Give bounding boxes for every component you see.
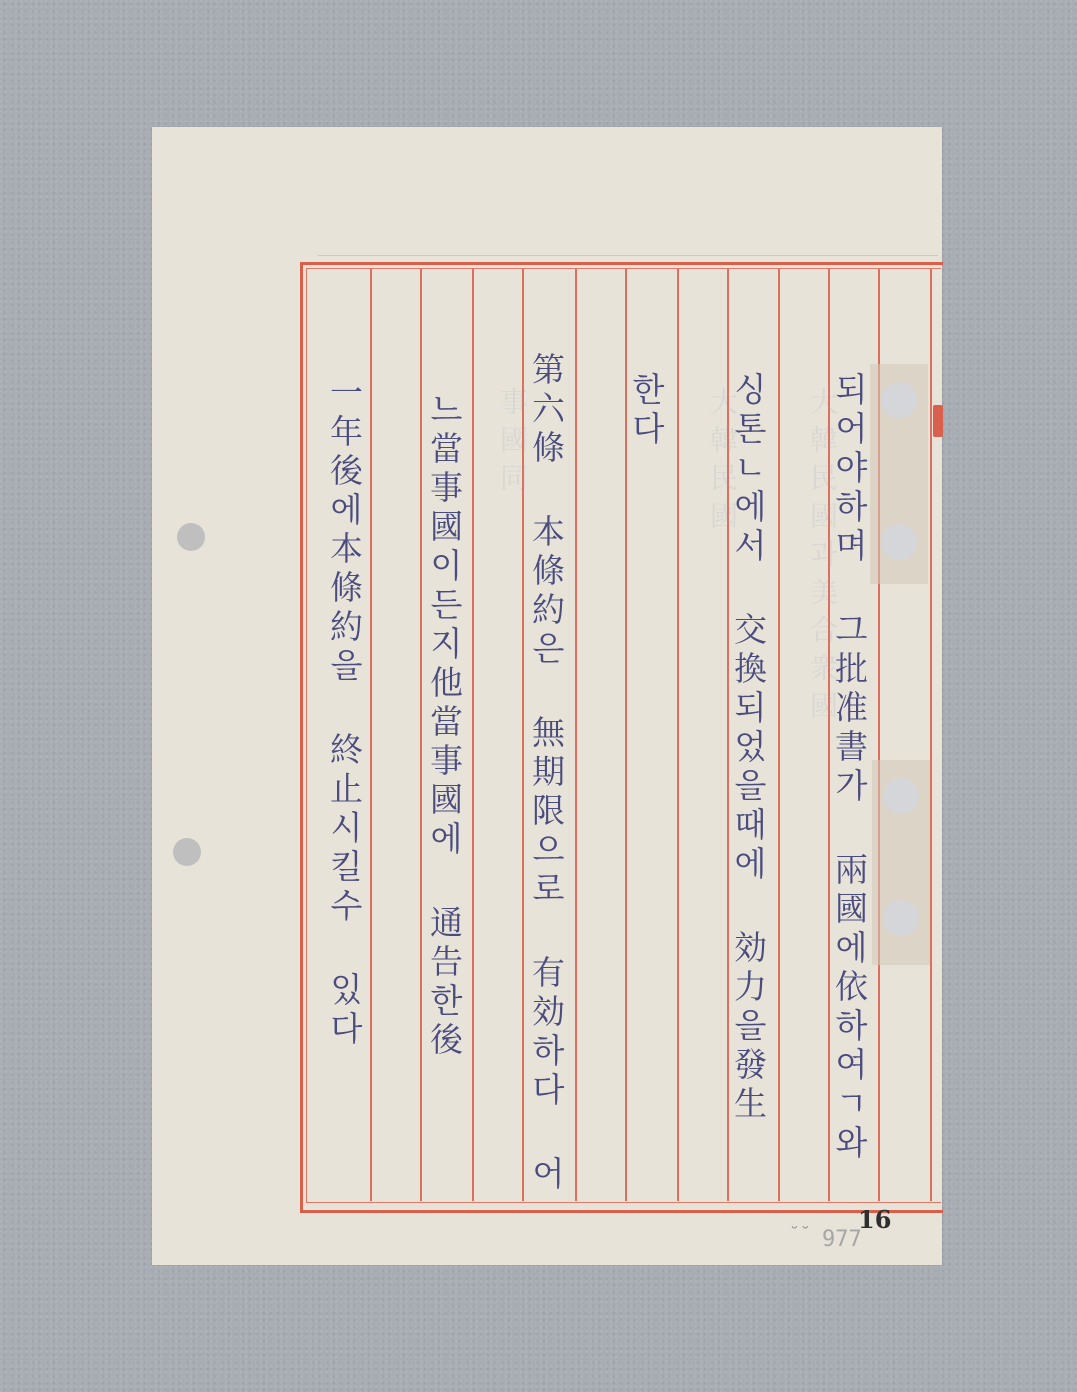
punch-hole-bottom [173,838,201,866]
ruling-line [930,269,932,1201]
ruling-line [420,269,422,1201]
ruling-line [778,269,780,1201]
ruling-line [677,269,679,1201]
ruling-line [370,269,372,1201]
red-index-tab [933,405,943,437]
tape-patch-middle [872,760,930,965]
ruling-line [472,269,474,1201]
text-column-2: 싱톤ㄴ에서 交換되었을때에 効力을發生 [732,372,765,1125]
tape-patch-top [870,364,928,584]
text-column-5: 느當事國이든지他當事國에 通告한後 [428,392,461,1061]
punch-hole-top [177,523,205,551]
frame-faint-top-line [318,255,938,256]
bleed-through-text: 事國同 [492,387,532,501]
text-column-6: 一年後에本條約을 終止시킬수 있다 [328,375,361,1050]
document-page: 大韓民國과美合衆國 大韓民國 事國同 되어야하며 그批准書가 兩國에依하여ㄱ와 … [152,127,942,1265]
archive-stamp-number: 977 [822,1227,862,1252]
text-column-1: 되어야하며 그批准書가 兩國에依하여ㄱ와 [833,372,866,1164]
stamp-mark: ˘˘ [789,1224,811,1245]
ruling-line [575,269,577,1201]
text-column-3: 한다 [630,372,663,450]
text-column-4-article-six: 第六條 本條約은 無期限으로 有効하다 어 [530,352,563,1195]
page-number: 16 [858,1205,891,1234]
